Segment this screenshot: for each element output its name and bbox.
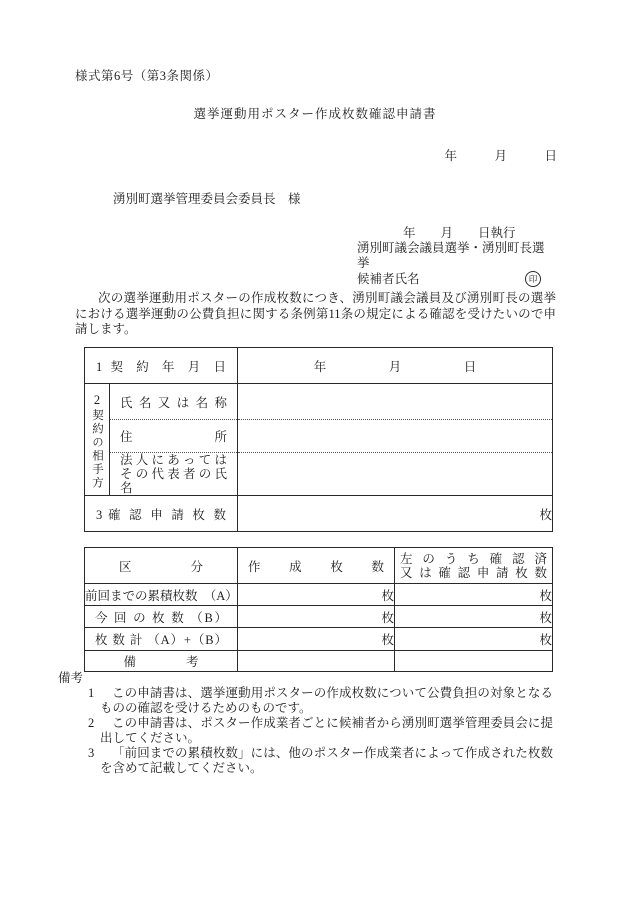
notes-heading: 備考	[58, 671, 555, 686]
table-row: 枚 数 計 （A）+（B） 枚 枚	[85, 628, 553, 651]
header-made-count: 作 成 枚 数	[238, 548, 395, 584]
count-table: 区 分 作 成 枚 数 左 の う ち 確 認 済 又 は 確 認 申 請 枚 …	[84, 547, 553, 672]
execution-date-line: 年 月 日執行	[357, 226, 547, 241]
requested-count-cell: 枚	[238, 496, 553, 532]
contract-party-group-cell: 2 契約の相手方	[85, 384, 110, 496]
addressee-line: 湧別町選挙管理委員会委員長 様	[113, 189, 301, 207]
execution-block: 年 月 日執行 湧別町議会議員選挙・湧別町長選挙 候補者氏名 印	[357, 226, 547, 287]
confirmed-count-cell: 枚	[395, 606, 553, 628]
address-value-cell	[238, 420, 553, 453]
made-count-cell: 枚	[238, 628, 395, 651]
table-header-row: 区 分 作 成 枚 数 左 の う ち 確 認 済 又 は 確 認 申 請 枚 …	[85, 548, 553, 584]
note-item: 1 この申請書は、選挙運動用ポスターの作成枚数について公費負担の対象となるものの…	[100, 686, 553, 716]
cell-label: 住 所	[110, 420, 238, 453]
candidate-name-line: 候補者氏名 印	[357, 271, 547, 287]
election-name-line: 湧別町議会議員選挙・湧別町長選挙	[357, 241, 547, 271]
remarks-cell	[395, 651, 553, 672]
cell-label: 氏 名 又 は 名 称	[110, 384, 238, 420]
contract-party-vertical-label: 契約の相手方	[89, 409, 105, 490]
made-count-cell: 枚	[238, 584, 395, 606]
table-row: 住 所	[85, 420, 553, 453]
confirmed-count-cell: 枚	[395, 628, 553, 651]
header-category: 区 分	[85, 548, 238, 584]
made-count-cell: 枚	[238, 606, 395, 628]
form-number: 様式第6号（第3条関係）	[75, 66, 219, 84]
note-item: 3 「前回までの累積枚数」には、他のポスター作成業者によって作成された枚数を含め…	[100, 746, 553, 776]
representative-value-cell	[238, 453, 553, 496]
note-item: 2 この申請書は、ポスター作成業者ごとに候補者から湧別町選挙管理委員会に提出して…	[100, 716, 553, 746]
seal-mark-icon: 印	[525, 271, 541, 287]
table-row: 2 契約の相手方 氏 名 又 は 名 称	[85, 384, 553, 420]
cell-label: 法 人 に あ っ て は そ の 代 表 者 の 氏 名	[110, 453, 238, 496]
table-row: 3 確 認 申 請 枚 数 枚	[85, 496, 553, 532]
name-value-cell	[238, 384, 553, 420]
table-row: 前回までの累積枚数 （A） 枚 枚	[85, 584, 553, 606]
cell-label: 1 契 約 年 月 日	[85, 348, 238, 384]
row-label-remarks: 備 考	[85, 651, 238, 672]
row-label-cumulative: 前回までの累積枚数 （A）	[85, 584, 238, 606]
row-label-total: 枚 数 計 （A）+（B）	[85, 628, 238, 651]
cell-label: 3 確 認 申 請 枚 数	[85, 496, 238, 532]
candidate-name-label: 候補者氏名	[357, 272, 420, 287]
confirmed-count-cell: 枚	[395, 584, 553, 606]
header-confirmed-count: 左 の う ち 確 認 済 又 は 確 認 申 請 枚 数	[395, 548, 553, 584]
remarks-cell	[238, 651, 395, 672]
page-title: 選挙運動用ポスター作成枚数確認申請書	[0, 104, 630, 122]
contract-date-cell: 年 月 日	[238, 348, 553, 384]
contract-table: 1 契 約 年 月 日 年 月 日 2 契約の相手方 氏 名 又 は 名 称 住…	[84, 347, 553, 532]
table-row: 今 回 の 枚 数 （B） 枚 枚	[85, 606, 553, 628]
table-row: 法 人 に あ っ て は そ の 代 表 者 の 氏 名	[85, 453, 553, 496]
table-row: 1 契 約 年 月 日 年 月 日	[85, 348, 553, 384]
application-date-line: 年 月 日	[444, 146, 557, 164]
notes-section: 備考 1 この申請書は、選挙運動用ポスターの作成枚数について公費負担の対象となる…	[58, 671, 555, 776]
table-row: 備 考	[85, 651, 553, 672]
body-paragraph: 次の選挙運動用ポスターの作成枚数につき、湧別町議会議員及び湧別町長の選挙における…	[75, 291, 556, 338]
row-label-current: 今 回 の 枚 数 （B）	[85, 606, 238, 628]
document-page: 様式第6号（第3条関係） 選挙運動用ポスター作成枚数確認申請書 年 月 日 湧別…	[0, 0, 630, 903]
